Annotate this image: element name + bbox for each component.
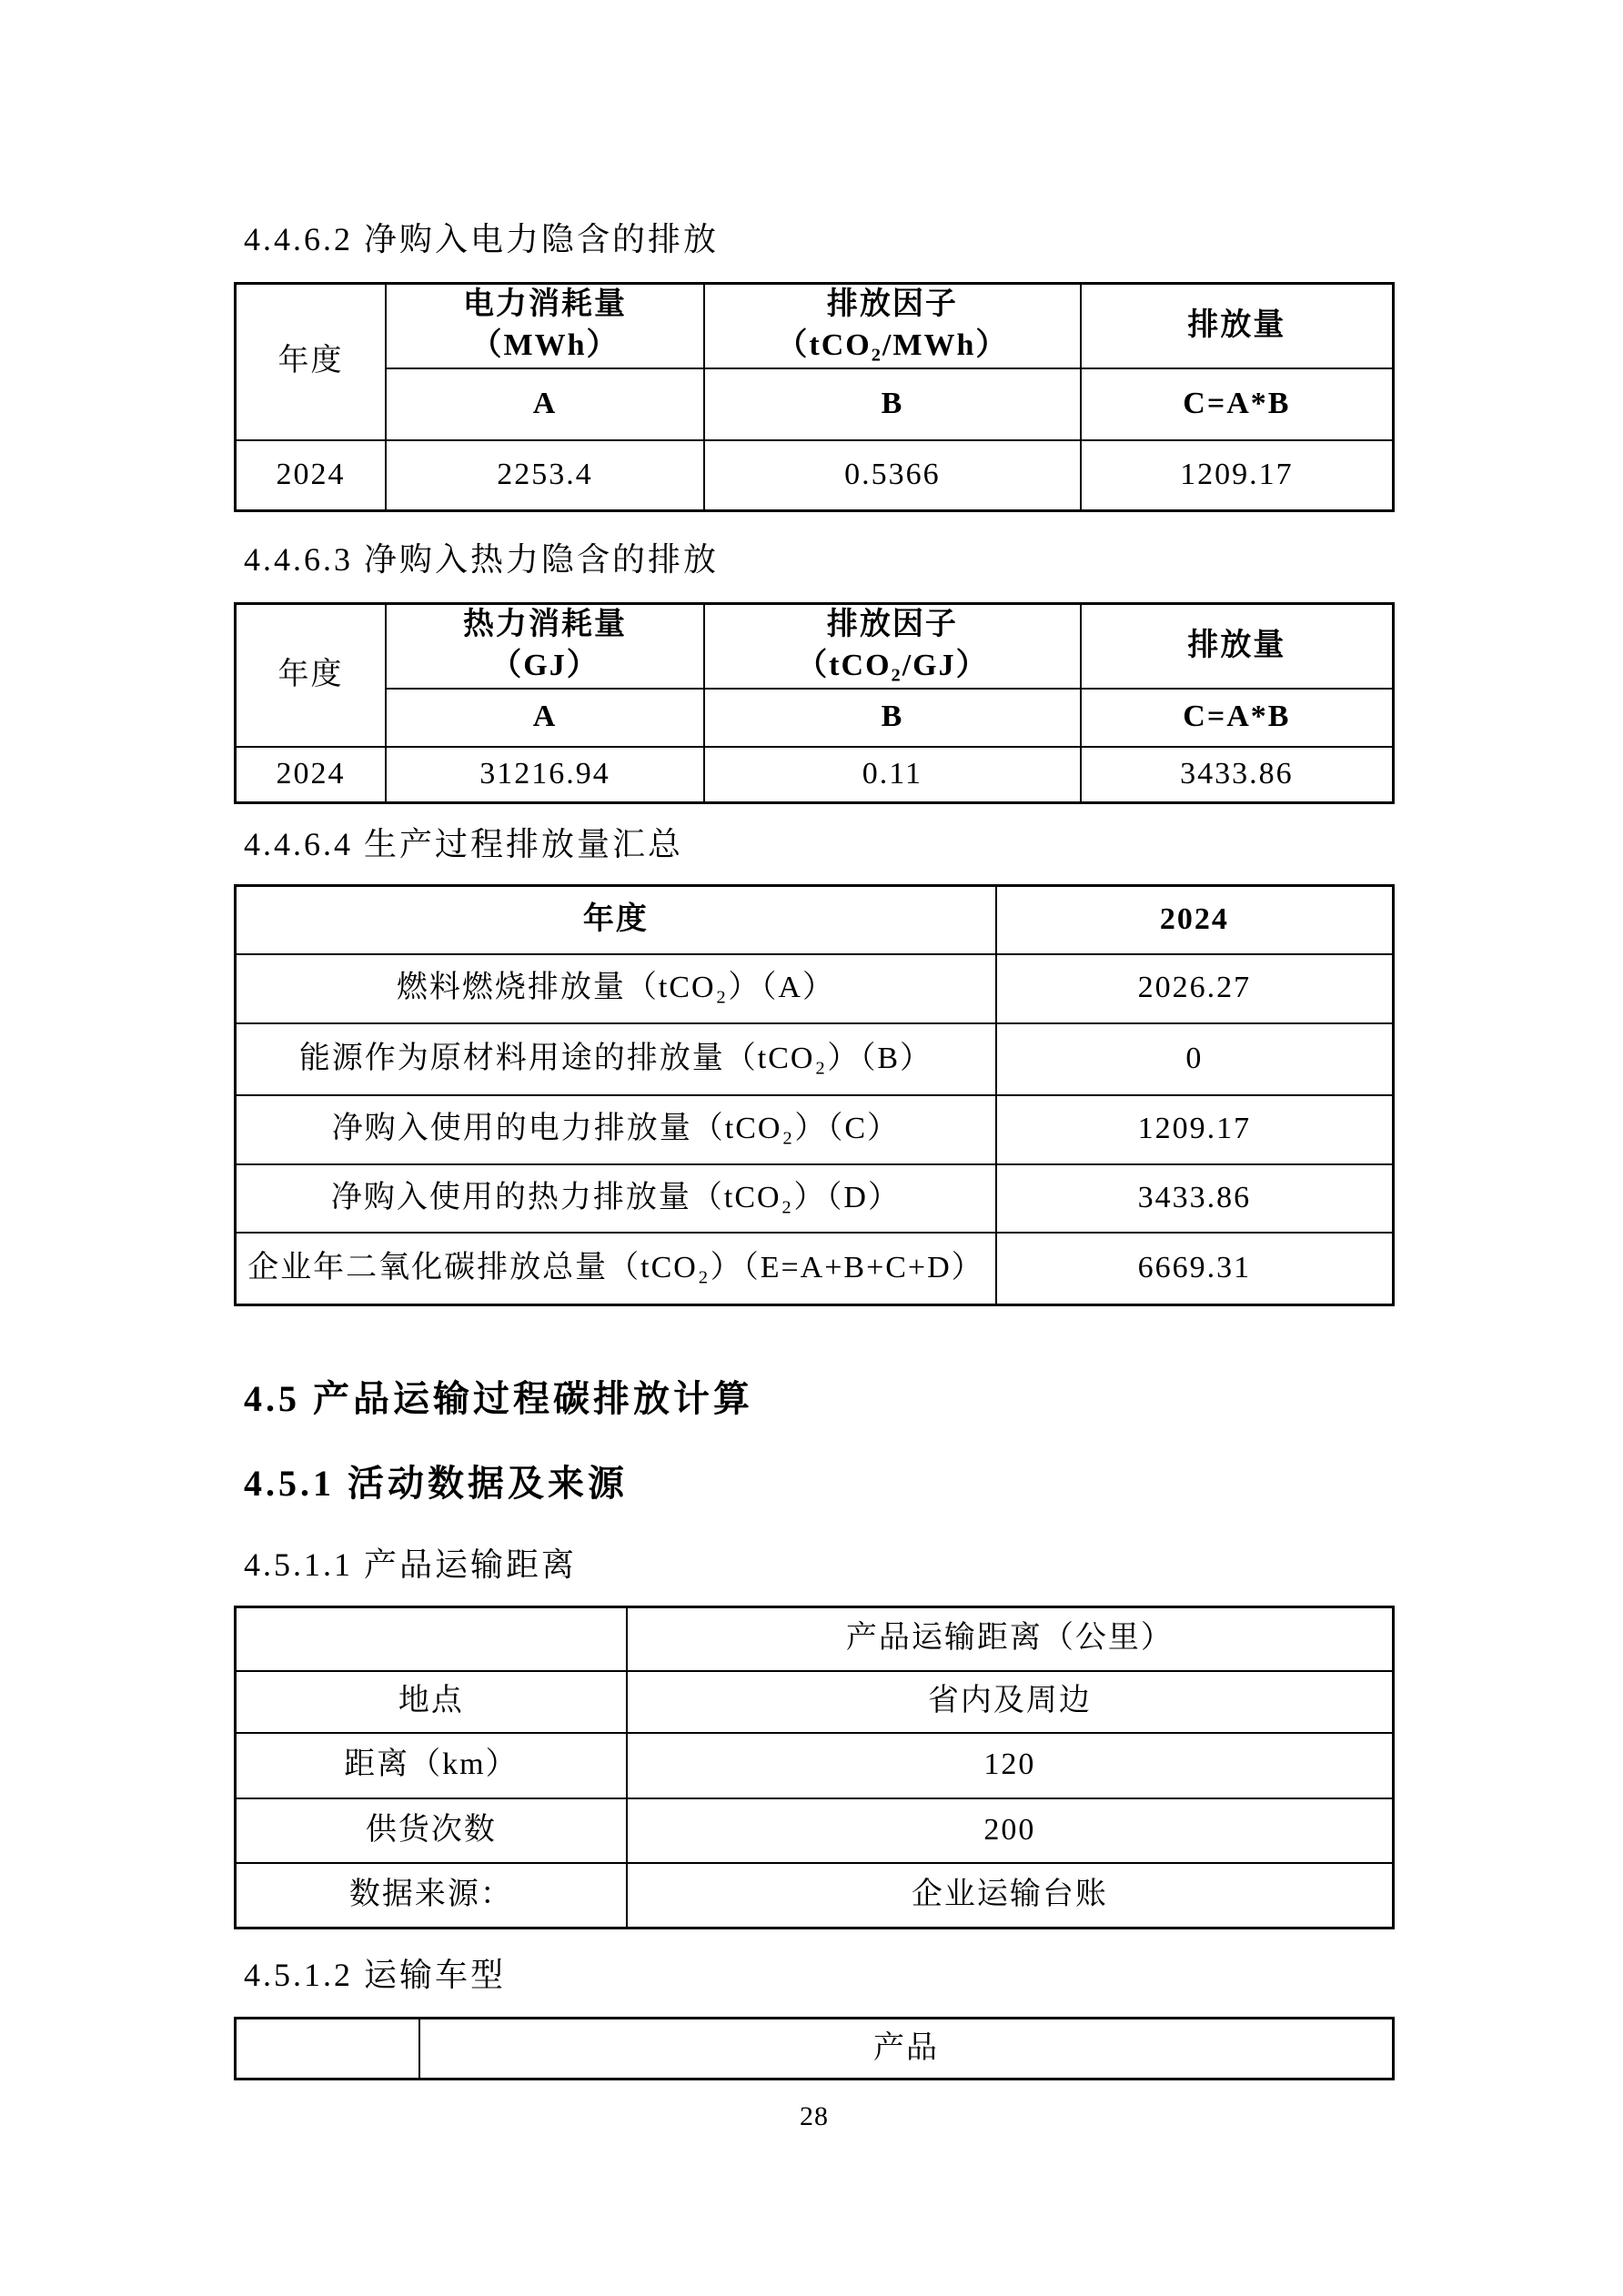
distance-header-row: 产品运输距离（公里）	[236, 1607, 1394, 1671]
row-label-cell: 能源作为原材料用途的排放量（tCO₂）（B）	[236, 1023, 996, 1095]
emission-value-cell: 3433.86	[1081, 747, 1394, 803]
emission-amount-header-cell: 排放量	[1081, 284, 1394, 368]
year-header-cell: 年度	[236, 284, 386, 440]
table-header-row: 年度 热力消耗量 （GJ） 排放因子 （tCO₂/GJ） 排放量	[236, 604, 1394, 689]
row-label-cell: 燃料燃烧排放量（tCO₂）（A）	[236, 954, 996, 1023]
transport-distance-table: 产品运输距离（公里） 地点 省内及周边 距离（km） 120 供货次数 200 …	[234, 1606, 1395, 1929]
row-value-cell: 120	[627, 1733, 1394, 1798]
header-line2: （tCO₂/MWh）	[711, 326, 1074, 367]
row-label-cell: 净购入使用的热力排放量（tCO₂）（D）	[236, 1164, 996, 1233]
header-line2: （tCO₂/GJ）	[711, 646, 1074, 687]
consumption-value-cell: 2253.4	[386, 440, 704, 511]
table-subheader-row: A B C=A*B	[236, 689, 1394, 747]
distance-row-km: 距离（km） 120	[236, 1733, 1394, 1798]
summary-header-row: 年度 2024	[236, 886, 1394, 954]
heading-4-4-6-3: 4.4.6.3 净购入热力隐含的排放	[244, 539, 719, 581]
heading-4-5-1: 4.5.1 活动数据及来源	[244, 1460, 628, 1507]
summary-row-electricity: 净购入使用的电力排放量（tCO₂）（C） 1209.17	[236, 1095, 1394, 1164]
factor-value-cell: 0.5366	[704, 440, 1081, 511]
row-value-cell: 企业运输台账	[627, 1863, 1394, 1928]
summary-year-value-cell: 2024	[996, 886, 1394, 954]
emission-value-cell: 1209.17	[1081, 440, 1394, 511]
row-label-cell: 供货次数	[236, 1798, 627, 1863]
distance-header-cell: 产品运输距离（公里）	[627, 1607, 1394, 1671]
summary-row-fuel: 燃料燃烧排放量（tCO₂）（A） 2026.27	[236, 954, 1394, 1023]
header-line2: （MWh）	[392, 326, 698, 367]
sub-c-cell: C=A*B	[1081, 689, 1394, 747]
distance-row-source: 数据来源： 企业运输台账	[236, 1863, 1394, 1928]
table-data-row: 2024 2253.4 0.5366 1209.17	[236, 440, 1394, 511]
heading-4-5-1-1: 4.5.1.1 产品运输距离	[244, 1544, 577, 1586]
row-label-cell: 数据来源：	[236, 1863, 627, 1928]
row-label-cell: 净购入使用的电力排放量（tCO₂）（C）	[236, 1095, 996, 1164]
sub-b-cell: B	[704, 689, 1081, 747]
row-value-cell: 2026.27	[996, 954, 1394, 1023]
sub-c-cell: C=A*B	[1081, 368, 1394, 440]
factor-value-cell: 0.11	[704, 747, 1081, 803]
summary-row-heat: 净购入使用的热力排放量（tCO₂）（D） 3433.86	[236, 1164, 1394, 1233]
row-value-cell: 200	[627, 1798, 1394, 1863]
summary-year-label-cell: 年度	[236, 886, 996, 954]
row-value-cell: 6669.31	[996, 1233, 1394, 1305]
vehicle-header-row: 产品	[236, 2019, 1394, 2079]
table-header-row: 年度 电力消耗量 （MWh） 排放因子 （tCO₂/MWh） 排放量	[236, 284, 1394, 368]
header-line1: 热力消耗量	[392, 605, 698, 646]
distance-row-location: 地点 省内及周边	[236, 1671, 1394, 1733]
document-page: 4.4.6.2 净购入电力隐含的排放 年度 电力消耗量 （MWh） 排放因子 （…	[0, 0, 1623, 2296]
year-value-cell: 2024	[236, 440, 386, 511]
production-emission-summary-table: 年度 2024 燃料燃烧排放量（tCO₂）（A） 2026.27 能源作为原材料…	[234, 884, 1395, 1306]
heading-4-4-6-4: 4.4.6.4 生产过程排放量汇总	[244, 823, 683, 866]
sub-b-cell: B	[704, 368, 1081, 440]
empty-header-cell	[236, 2019, 419, 2079]
heading-4-5-1-2: 4.5.1.2 运输车型	[244, 1954, 506, 1997]
heading-4-5: 4.5 产品运输过程碳排放计算	[244, 1375, 753, 1423]
table-data-row: 2024 31216.94 0.11 3433.86	[236, 747, 1394, 803]
row-label-cell: 地点	[236, 1671, 627, 1733]
year-header-cell: 年度	[236, 604, 386, 747]
heat-consumption-header-cell: 热力消耗量 （GJ）	[386, 604, 704, 689]
row-label-cell: 企业年二氧化碳排放总量（tCO₂）（E=A+B+C+D）	[236, 1233, 996, 1305]
header-line1: 电力消耗量	[392, 285, 698, 326]
sub-a-cell: A	[386, 689, 704, 747]
emission-amount-header-cell: 排放量	[1081, 604, 1394, 689]
distance-row-deliveries: 供货次数 200	[236, 1798, 1394, 1863]
year-value-cell: 2024	[236, 747, 386, 803]
consumption-value-cell: 31216.94	[386, 747, 704, 803]
sub-a-cell: A	[386, 368, 704, 440]
table-subheader-row: A B C=A*B	[236, 368, 1394, 440]
summary-row-total: 企业年二氧化碳排放总量（tCO₂）（E=A+B+C+D） 6669.31	[236, 1233, 1394, 1305]
row-value-cell: 1209.17	[996, 1095, 1394, 1164]
vehicle-type-table: 产品	[234, 2017, 1395, 2080]
emission-factor-header-cell: 排放因子 （tCO₂/MWh）	[704, 284, 1081, 368]
header-line2: （GJ）	[392, 646, 698, 687]
electricity-emission-table: 年度 电力消耗量 （MWh） 排放因子 （tCO₂/MWh） 排放量 A B C…	[234, 282, 1395, 512]
row-value-cell: 省内及周边	[627, 1671, 1394, 1733]
electricity-consumption-header-cell: 电力消耗量 （MWh）	[386, 284, 704, 368]
row-value-cell: 3433.86	[996, 1164, 1394, 1233]
row-value-cell: 0	[996, 1023, 1394, 1095]
header-line1: 排放因子	[711, 285, 1074, 326]
page-number: 28	[234, 2101, 1395, 2132]
heat-emission-table: 年度 热力消耗量 （GJ） 排放因子 （tCO₂/GJ） 排放量 A B C=A…	[234, 602, 1395, 804]
empty-header-cell	[236, 1607, 627, 1671]
summary-row-raw-material: 能源作为原材料用途的排放量（tCO₂）（B） 0	[236, 1023, 1394, 1095]
header-line1: 排放因子	[711, 605, 1074, 646]
heading-4-4-6-2: 4.4.6.2 净购入电力隐含的排放	[244, 218, 719, 261]
row-label-cell: 距离（km）	[236, 1733, 627, 1798]
emission-factor-header-cell: 排放因子 （tCO₂/GJ）	[704, 604, 1081, 689]
product-header-cell: 产品	[419, 2019, 1394, 2079]
